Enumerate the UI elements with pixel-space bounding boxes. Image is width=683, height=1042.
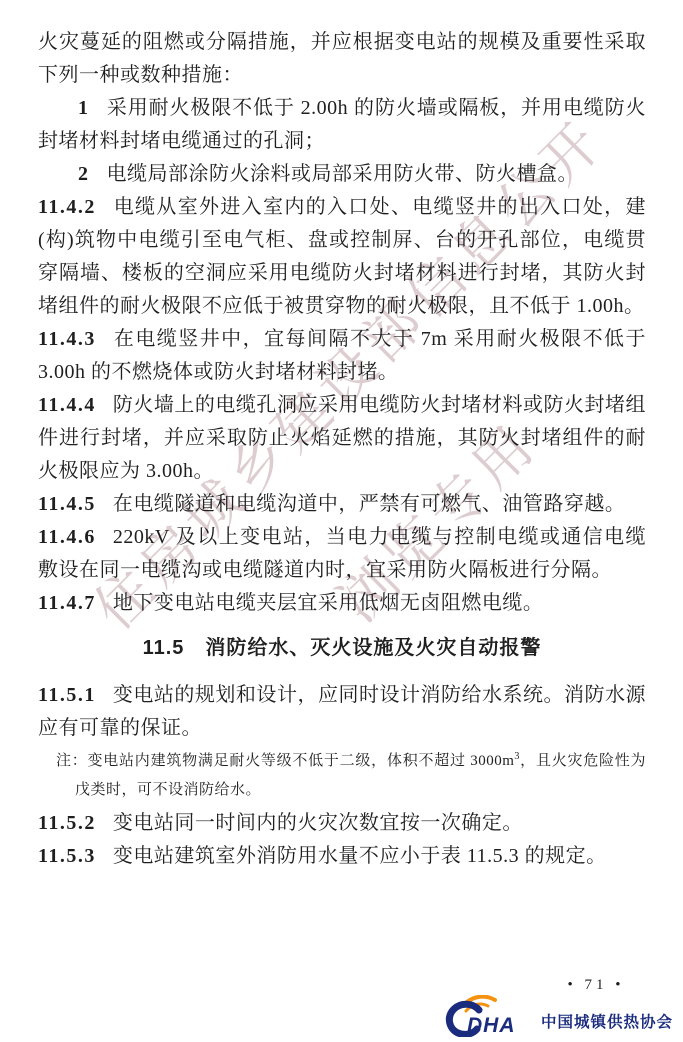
document-page: 住房城乡建设部信息公开 浏览专用 火灾蔓延的阻燃或分隔措施，并应根据变电站的规模… — [0, 0, 683, 1042]
clause-number: 11.5.1 — [38, 684, 96, 706]
document-content: 火灾蔓延的阻燃或分隔措施，并应根据变电站的规模及重要性采取下列一种或数种措施：1… — [38, 26, 646, 873]
paragraph: 1采用耐火极限不低于 2.00h 的防火墙或隔板，并用电缆防火封堵材料封堵电缆通… — [38, 92, 646, 158]
association-name: 中国城镇供热协会 — [541, 1015, 673, 1038]
clause-text: 变电站建筑室外消防用水量不应小于表 11.5.3 的规定。 — [113, 845, 607, 867]
clause-number: 11.4.4 — [38, 394, 96, 416]
section-11-4-block: 火灾蔓延的阻燃或分隔措施，并应根据变电站的规模及重要性采取下列一种或数种措施：1… — [38, 26, 646, 620]
clause-number: 1 — [78, 97, 90, 119]
clause-text: 变电站同一时间内的火灾次数宜按一次确定。 — [113, 812, 523, 834]
paragraph: 11.4.2电缆从室外进入室内的入口处、电缆竖井的出入口处，建(构)筑物中电缆引… — [38, 191, 646, 323]
clause-number: 11.4.5 — [38, 493, 96, 515]
section-heading: 11.5 消防给水、灭火设施及火灾自动报警 — [38, 632, 646, 665]
clause-number: 11.5.3 — [38, 845, 96, 867]
clause-text: 电缆从室外进入室内的入口处、电缆竖井的出入口处，建(构)筑物中电缆引至电气柜、盘… — [38, 196, 646, 317]
clause-number: 11.4.7 — [38, 592, 96, 614]
paragraph: 11.4.4防火墙上的电缆孔洞应采用电缆防火封堵材料或防火封堵组件进行封堵，并应… — [38, 389, 646, 488]
clause-text: 在电缆竖井中，宜每间隔不大于 7m 采用耐火极限不低于 3.00h 的不燃烧体或… — [38, 328, 646, 383]
superscript: 3 — [514, 751, 520, 762]
paragraph: 11.5.2变电站同一时间内的火灾次数宜按一次确定。 — [38, 807, 646, 840]
cdha-logo-icon: DHA — [441, 995, 541, 1037]
clause-number: 2 — [78, 163, 90, 185]
clause-number: 11.5.2 — [38, 812, 96, 834]
association-logo: DHA 中国城镇供热协会 — [441, 995, 673, 1037]
clause-text: 防火墙上的电缆孔洞应采用电缆防火封堵材料或防火封堵组件进行封堵，并应采取防止火焰… — [38, 394, 646, 482]
clause-number: 11.4.3 — [38, 328, 96, 350]
paragraph: 11.4.3在电缆竖井中，宜每间隔不大于 7m 采用耐火极限不低于 3.00h … — [38, 323, 646, 389]
paragraph: 火灾蔓延的阻燃或分隔措施，并应根据变电站的规模及重要性采取下列一种或数种措施： — [38, 26, 646, 92]
paragraph: 2电缆局部涂防火涂料或局部采用防火带、防火槽盒。 — [38, 158, 646, 191]
clause-number: 11.4.6 — [38, 526, 96, 548]
clause-text: 采用耐火极限不低于 2.00h 的防火墙或隔板，并用电缆防火封堵材料封堵电缆通过… — [38, 97, 646, 152]
note-paragraph: 注：变电站内建筑物满足耐火等级不低于二级，体积不超过 3000m3，且火灾危险性… — [38, 747, 646, 805]
paragraph: 11.5.3变电站建筑室外消防用水量不应小于表 11.5.3 的规定。 — [38, 840, 646, 873]
clause-text: 电缆局部涂防火涂料或局部采用防火带、防火槽盒。 — [107, 163, 579, 185]
clause-text: 220kV 及以上变电站，当电力电缆与控制电缆或通信电缆敷设在同一电缆沟或电缆隧… — [38, 526, 646, 581]
paragraph: 11.5.1变电站的规划和设计，应同时设计消防给水系统。消防水源应有可靠的保证。 — [38, 679, 646, 745]
clause-number: 11.4.2 — [38, 196, 96, 218]
clause-text: 变电站的规划和设计，应同时设计消防给水系统。消防水源应有可靠的保证。 — [38, 684, 646, 739]
clause-text: 火灾蔓延的阻燃或分隔措施，并应根据变电站的规模及重要性采取下列一种或数种措施： — [38, 31, 646, 86]
note-label: 注： — [56, 753, 88, 769]
page-number: • 71 • — [441, 977, 673, 994]
logo-acronym-text: DHA — [467, 1014, 516, 1037]
paragraph: 11.4.7地下变电站电缆夹层宜采用低烟无卤阻燃电缆。 — [38, 587, 646, 620]
paragraph: 11.4.5在电缆隧道和电缆沟道中，严禁有可燃气、油管路穿越。 — [38, 488, 646, 521]
clause-text: 在电缆隧道和电缆沟道中，严禁有可燃气、油管路穿越。 — [113, 493, 626, 515]
page-footer: • 71 • DHA 中国城镇供热协会 — [441, 977, 673, 1037]
section-11-5-block: 11.5.1变电站的规划和设计，应同时设计消防给水系统。消防水源应有可靠的保证。… — [38, 679, 646, 873]
paragraph: 11.4.6220kV 及以上变电站，当电力电缆与控制电缆或通信电缆敷设在同一电… — [38, 521, 646, 587]
clause-text: 地下变电站电缆夹层宜采用低烟无卤阻燃电缆。 — [113, 592, 544, 614]
